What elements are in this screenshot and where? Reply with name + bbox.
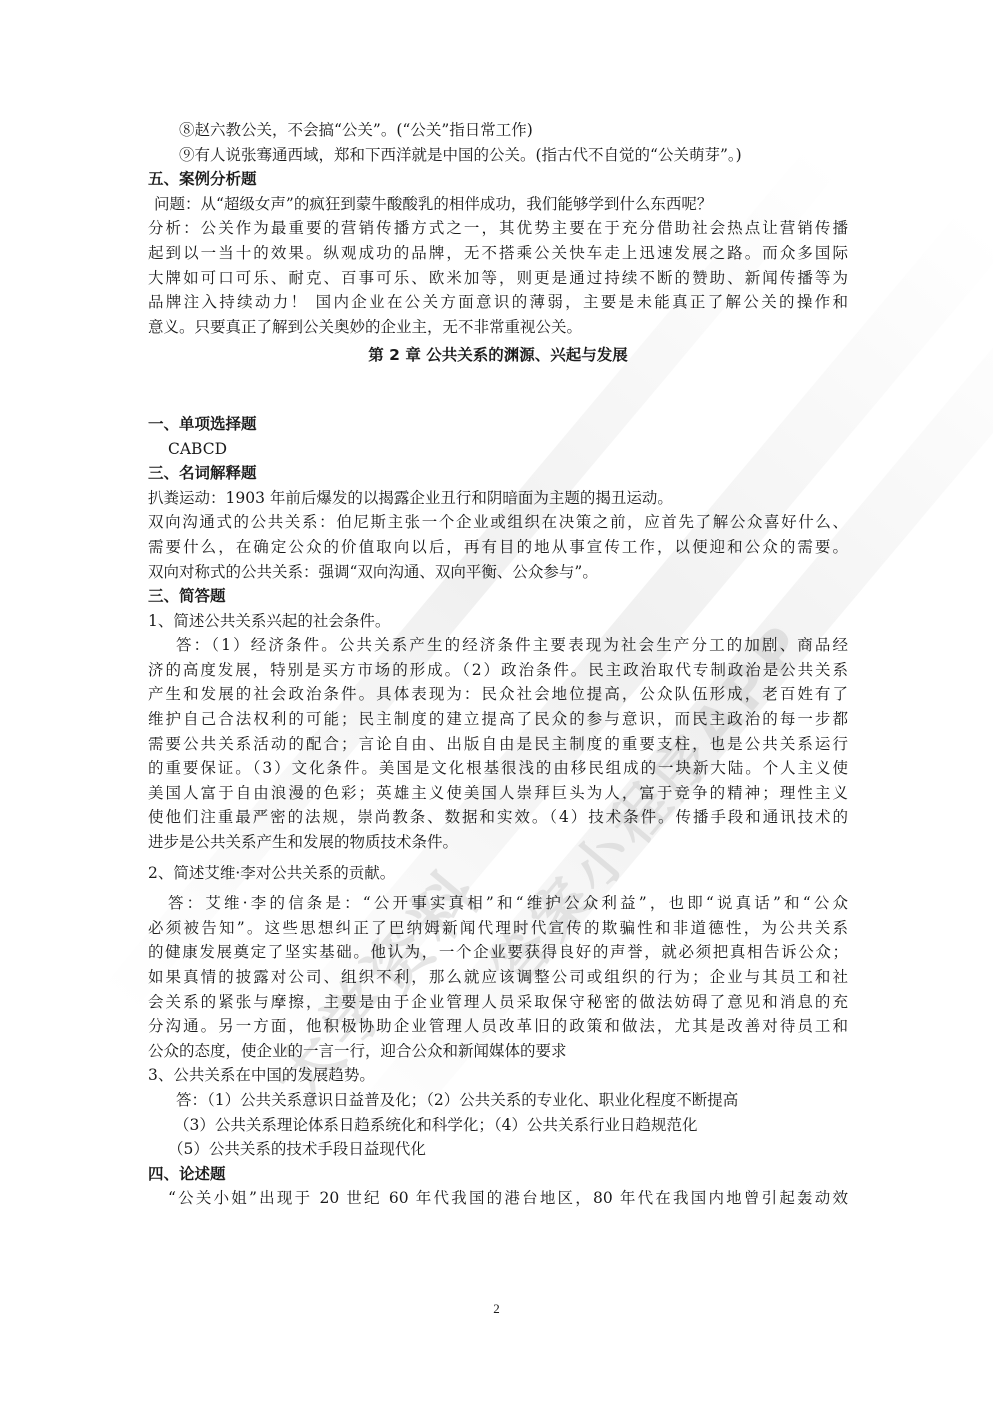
answer-line: 答：艾维·李的信条是：“公开事实真相”和“维护公众利益”，也即“说真话”和“公众 xyxy=(148,891,848,916)
answer-line: 使他们注重最严密的法规，崇尚教条、数据和实效。（4）技术条件。传播手段和通讯技术… xyxy=(148,805,848,830)
case-question: 问题：从“超级女声”的疯狂到蒙牛酸酸乳的相伴成功，我们能够学到什么东西呢？ xyxy=(148,192,848,217)
spacer xyxy=(148,368,848,412)
answer-line: 进步是公共关系产生和发展的物质技术条件。 xyxy=(148,830,848,855)
answer-line: （3）公共关系理论体系日趋系统化和科学化；（4）公共关系行业日趋规范化 xyxy=(148,1113,848,1138)
essay-line: “公关小姐”出现于 20 世纪 60 年代我国的港台地区，80 年代在我国内地曾… xyxy=(148,1186,848,1211)
answer-line: 维护自己合法权利的可能；民主制度的建立提高了民众的参与意识，而民主政治的每一步都 xyxy=(148,707,848,732)
answer-line: 分沟通。另一方面，他积极协助企业管理人员改革旧的政策和做法，尤其是改善对待员工和 xyxy=(148,1014,848,1039)
answer-line: 必须被告知”。这些思想纠正了巴纳姆新闻代理时代宣传的欺骗性和非道德性，为公共关系 xyxy=(148,916,848,941)
document-page: ⑧赵六教公关，不会搞“公关”。(“公关”指日常工作) ⑨有人说张骞通西域，郑和下… xyxy=(148,118,848,1211)
case-analysis-line: 大牌如可口可乐、耐克、百事可乐、欧米加等，则更是通过持续不断的赞助、新闻传播等为 xyxy=(148,266,848,291)
page-number: 2 xyxy=(0,1301,993,1317)
answer-line: 如果真情的披露对公司、组织不利，那么就应该调整公司或组织的行为；企业与其员工和社 xyxy=(148,965,848,990)
answer-line: （5）公共关系的技术手段日益现代化 xyxy=(148,1137,848,1162)
case-analysis-line: 品牌注入持续动力！ 国内企业在公关方面意识的薄弱，主要是未能真正了解公关的操作和 xyxy=(148,290,848,315)
section-heading-short-answer: 三、简答题 xyxy=(148,584,848,609)
list-item: ⑧赵六教公关，不会搞“公关”。(“公关”指日常工作) xyxy=(148,118,848,143)
answer-line: 答：（1）经济条件。公共关系产生的经济条件主要表现为社会生产分工的加剧、商品经 xyxy=(148,633,848,658)
chapter-title: 第 2 章 公共关系的渊源、兴起与发展 xyxy=(148,343,848,368)
section-heading-terms: 三、名词解释题 xyxy=(148,461,848,486)
answer-line: 公众的态度，使企业的一言一行，迎合公众和新闻媒体的要求 xyxy=(148,1039,848,1064)
answer-line: 答：（1）公共关系意识日益普及化；（2）公共关系的专业化、职业化程度不断提高 xyxy=(148,1088,848,1113)
question-3: 3、公共关系在中国的发展趋势。 xyxy=(148,1063,848,1088)
single-choice-answer: CABCD xyxy=(148,437,848,462)
answer-line: 会关系的紧张与摩擦，主要是由于企业管理人员采取保守秘密的做法妨碍了意见和消息的充 xyxy=(148,990,848,1015)
term-definition: 双向对称式的公共关系：强调“双向沟通、双向平衡、公众参与”。 xyxy=(148,560,848,585)
answer-line: 济的高度发展，特别是买方市场的形成。（2）政治条件。民主政治取代专制政治是公共关… xyxy=(148,658,848,683)
question-1: 1、简述公共关系兴起的社会条件。 xyxy=(148,609,848,634)
case-analysis-line: 分析：公关作为最重要的营销传播方式之一，其优势主要在于充分借助社会热点让营销传播 xyxy=(148,216,848,241)
section-heading-case-analysis: 五、案例分析题 xyxy=(148,167,848,192)
term-definition: 需要什么，在确定公众的价值取向以后，再有目的地从事宣传工作，以便迎和公众的需要。 xyxy=(148,535,848,560)
section-heading-single-choice: 一、单项选择题 xyxy=(148,412,848,437)
term-definition: 扒粪运动：1903 年前后爆发的以揭露企业丑行和阴暗面为主题的揭丑运动。 xyxy=(148,486,848,511)
case-analysis-line: 起到以一当十的效果。纵观成功的品牌，无不搭乘公关快车走上迅速发展之路。而众多国际 xyxy=(148,241,848,266)
list-item: ⑨有人说张骞通西域，郑和下西洋就是中国的公关。(指古代不自觉的“公关萌芽”。) xyxy=(148,143,848,168)
answer-line: 产生和发展的社会政治条件。具体表现为：民众社会地位提高，公众队伍形成，老百姓有了 xyxy=(148,682,848,707)
answer-line: 需要公共关系活动的配合；言论自由、出版自由是民主制度的重要支柱，也是公共关系运行 xyxy=(148,732,848,757)
case-analysis-line: 意义。只要真正了解到公关奥妙的企业主，无不非常重视公关。 xyxy=(148,315,848,340)
answer-line: 的健康发展奠定了坚实基础。他认为，一个企业要获得良好的声誉，就必须把真相告诉公众… xyxy=(148,940,848,965)
term-definition: 双向沟通式的公共关系：伯尼斯主张一个企业或组织在决策之前，应首先了解公众喜好什么… xyxy=(148,510,848,535)
answer-line: 美国人富于自由浪漫的色彩；英雄主义使美国人崇拜巨头为人，富于竞争的精神；理性主义 xyxy=(148,781,848,806)
section-heading-essay: 四、论述题 xyxy=(148,1162,848,1187)
question-2: 2、简述艾维·李对公共关系的贡献。 xyxy=(148,861,848,886)
answer-line: 的重要保证。（3）文化条件。美国是文化根基很浅的由移民组成的一块新大陆。个人主义… xyxy=(148,756,848,781)
